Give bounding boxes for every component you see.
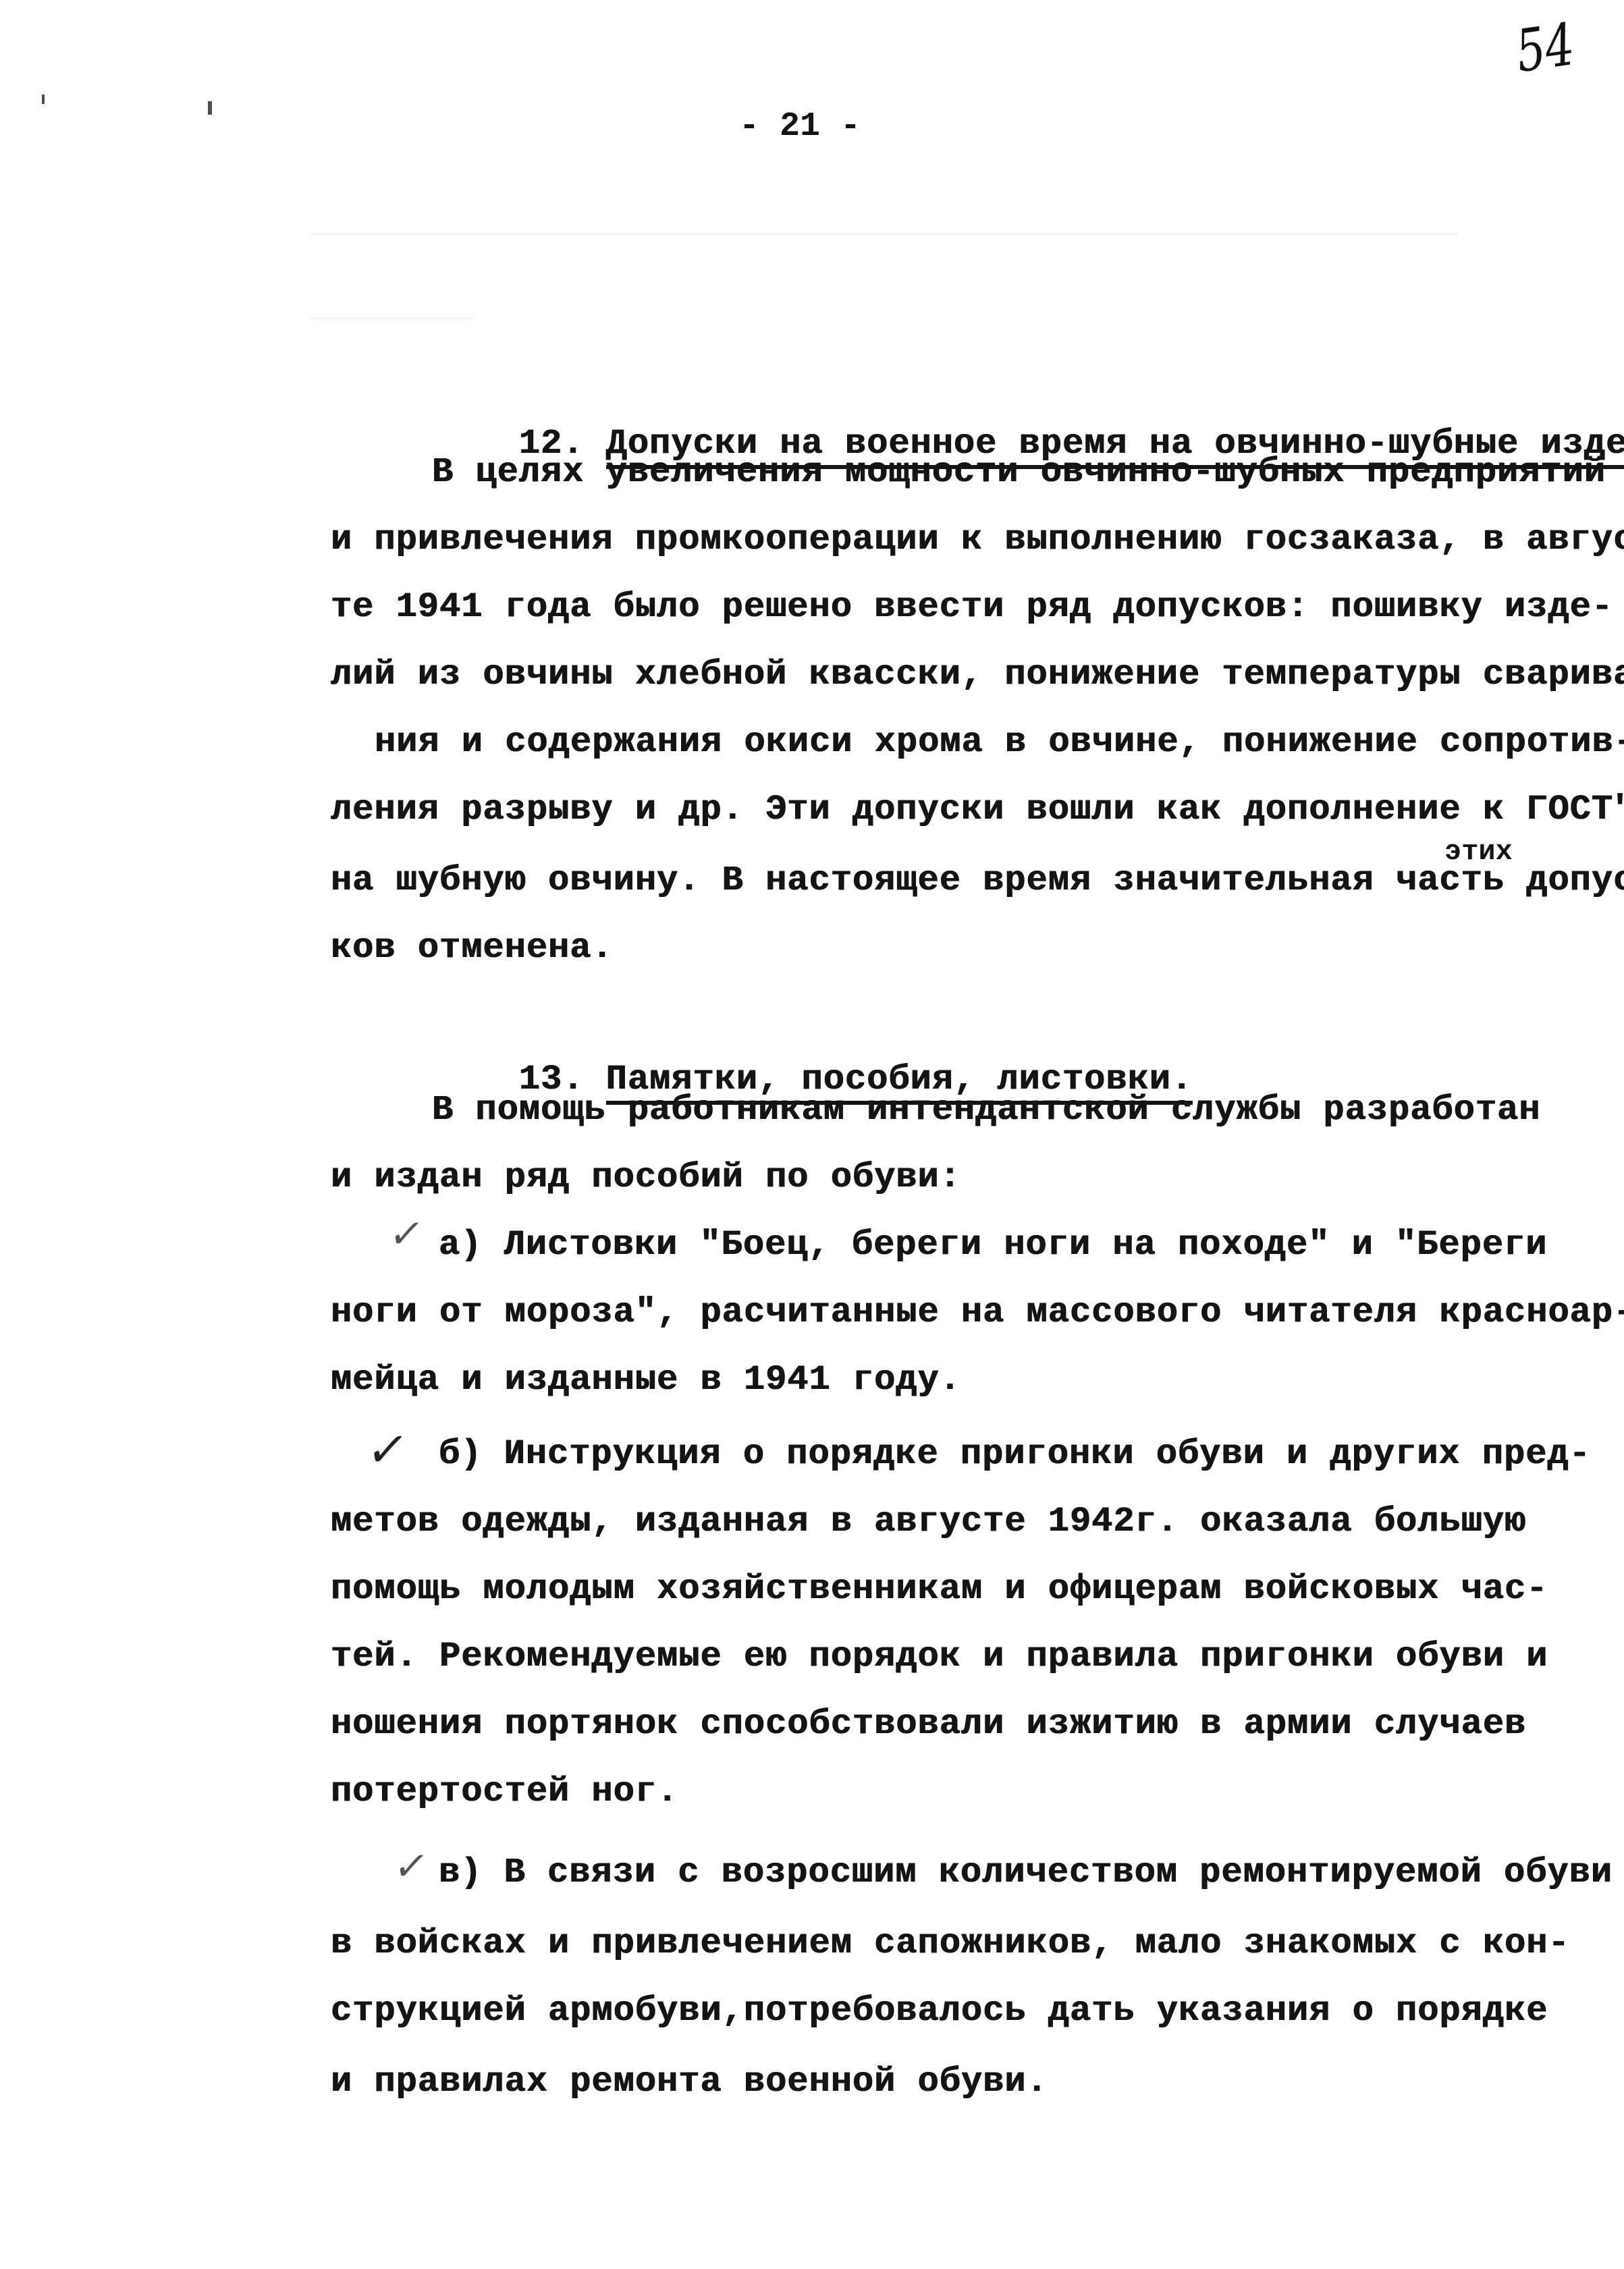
list-item-v-first-line: в) В связи с возросшим количеством ремон…: [439, 1853, 1613, 1893]
paragraph-line: ков отменена.: [331, 928, 614, 968]
paragraph-line: В помощь работникам интендантской службы…: [432, 1090, 1540, 1130]
paragraph-line: ния и содержания окиси хрома в овчине, п…: [375, 722, 1624, 763]
paragraph-line: на шубную овчину. В настоящее время знач…: [331, 860, 1624, 901]
list-item-text: В связи с возросшим количеством ремонтир…: [504, 1853, 1613, 1892]
bleed-through-noise: [310, 317, 472, 319]
paragraph-line: тей. Рекомендуемые ею порядок и правила …: [331, 1637, 1548, 1677]
check-mark-icon: ✓: [391, 1846, 431, 1886]
paragraph-line: те 1941 года было решено ввести ряд допу…: [331, 587, 1613, 628]
speck: [42, 94, 45, 104]
document-page: 54 - 21 - 12. Допуски на военное время н…: [0, 0, 1624, 2269]
handwritten-page-number: 54: [1512, 11, 1578, 86]
list-marker: б): [439, 1434, 482, 1474]
paragraph-line: ноги от мороза", расчитанные на массовог…: [331, 1292, 1624, 1333]
paragraph-line: ношения портянок способствовали изжитию …: [331, 1704, 1526, 1745]
list-marker: а): [439, 1225, 482, 1265]
list-item-b-first-line: б) Инструкция о порядке пригонки обуви и…: [439, 1434, 1591, 1475]
paragraph-line: в войсках и привлечением сапожников, мал…: [331, 1923, 1570, 1964]
list-marker: в): [439, 1853, 482, 1892]
list-item-text: Инструкция о порядке пригонки обуви и др…: [504, 1434, 1591, 1474]
page-number: - 21 -: [739, 107, 861, 147]
paragraph-line: В целях увеличения мощности овчинно-шубн…: [432, 452, 1606, 493]
paragraph-line: лий из овчины хлебной квасски, понижение…: [331, 655, 1624, 695]
paragraph-line: мейца и изданные в 1941 году.: [331, 1360, 961, 1400]
paragraph-line: струкцией армобуви,потребовалось дать ук…: [331, 1991, 1548, 2031]
paragraph-line: потертостей ног.: [331, 1772, 678, 1812]
list-item-a-first-line: а) Листовки "Боец, береги ноги на походе…: [439, 1225, 1547, 1265]
paragraph-line: ления разрыву и др. Эти допуски вошли ка…: [331, 790, 1624, 830]
paragraph-line: метов одежды, изданная в августе 1942г. …: [331, 1502, 1526, 1542]
paragraph-line: и издан ряд пособий по обуви:: [331, 1157, 961, 1198]
speck: [208, 101, 212, 115]
paragraph-line: помощь молодым хозяйственникам и офицера…: [331, 1569, 1548, 1610]
check-mark-icon: ✓: [364, 1429, 411, 1470]
list-item-text: Листовки "Боец, береги ноги на походе" и…: [504, 1225, 1548, 1265]
check-mark-icon: ✓: [387, 1213, 427, 1254]
bleed-through-noise: [310, 233, 1458, 235]
paragraph-line: и привлечения промкооперации к выполнени…: [331, 520, 1624, 560]
paragraph-line: и правилах ремонта военной обуви.: [331, 2062, 1048, 2102]
